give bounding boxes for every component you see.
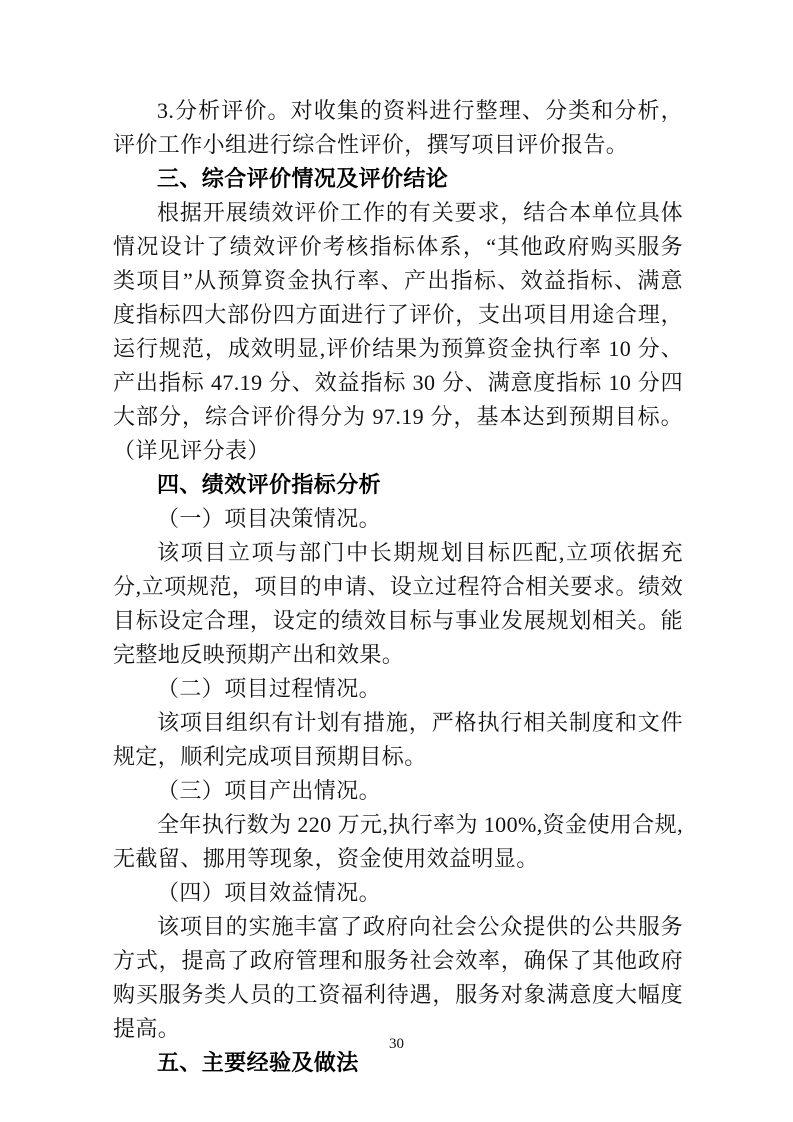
subsection-title: （四）项目效益情况。 <box>113 876 683 910</box>
section-heading: 三、综合评价情况及评价结论 <box>113 162 683 196</box>
paragraph: 3.分析评价。对收集的资料进行整理、分类和分析，评价工作小组进行综合性评价，撰写… <box>113 94 683 162</box>
document-page: 3.分析评价。对收集的资料进行整理、分类和分析，评价工作小组进行综合性评价，撰写… <box>0 0 793 1122</box>
paragraph: 全年执行数为 220 万元,执行率为 100%,资金使用合规,无截留、挪用等现象… <box>113 808 683 876</box>
page-body: 3.分析评价。对收集的资料进行整理、分类和分析，评价工作小组进行综合性评价，撰写… <box>113 94 683 1080</box>
subsection-title: （三）项目产出情况。 <box>113 774 683 808</box>
paragraph: 根据开展绩效评价工作的有关要求，结合本单位具体情况设计了绩效评价考核指标体系，“… <box>113 196 683 468</box>
subsection-title: （二）项目过程情况。 <box>113 672 683 706</box>
page-number: 30 <box>0 1034 793 1054</box>
paragraph: 该项目立项与部门中长期规划目标匹配,立项依据充分,立项规范，项目的申请、设立过程… <box>113 536 683 672</box>
paragraph: 该项目组织有计划有措施，严格执行相关制度和文件规定，顺利完成项目预期目标。 <box>113 706 683 774</box>
paragraph: 该项目的实施丰富了政府向社会公众提供的公共服务方式，提高了政府管理和服务社会效率… <box>113 910 683 1046</box>
section-heading: 四、绩效评价指标分析 <box>113 468 683 502</box>
subsection-title: （一）项目决策情况。 <box>113 502 683 536</box>
